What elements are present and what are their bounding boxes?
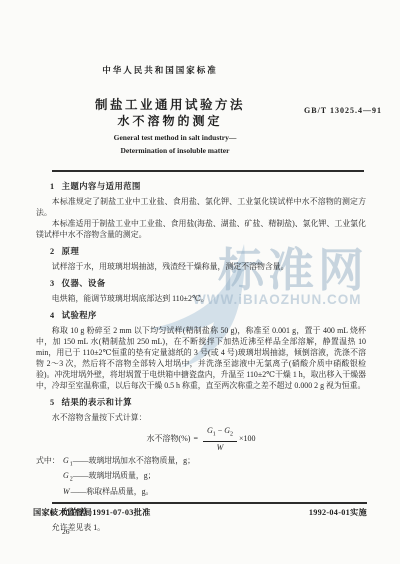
- section-number: 5: [50, 398, 55, 407]
- section-number: 1: [50, 182, 55, 191]
- paragraph: 称取 10 g 粉碎至 2 mm 以下均匀试样(精制盐称 50 g)，称准至 0…: [36, 325, 366, 391]
- implementation-date: 1992-04-01实施: [309, 507, 367, 518]
- definition-text: W——称取样品质量，g。: [63, 486, 153, 502]
- paragraph: 本标准适用于制盐工业中工业盐、食用盐(海盐、湖盐、矿盐、精制盐)、氯化钾、工业氯…: [36, 218, 366, 240]
- section-title: 试验程序: [62, 311, 97, 320]
- title-block: 制盐工业通用试验方法 水不溶物的测定: [30, 97, 310, 129]
- definition-text: G2——玻璃坩埚质量，g；: [63, 470, 156, 486]
- section-calculation: 5结果的表示和计算 水不溶物含量按下式计算： 水不溶物(%) = G1 − G2…: [36, 397, 366, 501]
- formula-denominator: W: [203, 442, 237, 452]
- section-number: 4: [50, 311, 55, 320]
- definition-row: 式中： G1——玻璃坩埚加水不溶物质量，g；: [36, 455, 366, 471]
- definition-text: G1——玻璃坩埚加水不溶物质量，g；: [63, 455, 195, 471]
- paragraph: 水不溶物含量按下式计算：: [36, 412, 366, 423]
- subscript-2: 2: [230, 432, 233, 438]
- definition-row: G2——玻璃坩埚质量，g；: [36, 470, 366, 486]
- section-scope: 1主题内容与适用范围 本标准规定了制盐工业中工业盐、食用盐、氯化钾、工业氯化镁试…: [36, 181, 366, 240]
- footer-divider: [52, 502, 367, 504]
- formula-multiplier: ×100: [239, 433, 256, 444]
- definition-desc: ——称取样品质量，g。: [71, 487, 154, 496]
- definition-row: W——称取样品质量，g。: [36, 486, 366, 502]
- document-title-line2: 水不溶物的测定: [30, 113, 310, 129]
- where-label: 式中：: [36, 455, 63, 471]
- page-number: 26: [62, 527, 70, 536]
- section-heading: 3仪器、设备: [50, 278, 366, 289]
- section-heading: 1主题内容与适用范围: [50, 181, 366, 192]
- formula-fraction: G1 − G2 W: [203, 426, 237, 452]
- section-heading: 2原理: [50, 246, 366, 257]
- paragraph: 试样溶于水，用玻璃坩埚抽滤，残渣经干燥称量，测定不溶物含量。: [36, 261, 366, 272]
- calculation-formula: 水不溶物(%) = G1 − G2 W ×100: [36, 426, 366, 452]
- section-title: 结果的表示和计算: [62, 398, 132, 407]
- section-procedure: 4试验程序 称取 10 g 粉碎至 2 mm 以下均匀试样(精制盐称 50 g)…: [36, 310, 366, 391]
- document-title-line1: 制盐工业通用试验方法: [30, 97, 310, 113]
- symbol-definitions: 式中： G1——玻璃坩埚加水不溶物质量，g； G2——玻璃坩埚质量，g； W——…: [36, 455, 366, 502]
- symbol: W: [63, 487, 70, 496]
- section-number: 2: [50, 247, 55, 256]
- section-title: 主题内容与适用范围: [62, 182, 141, 191]
- english-title-line1: General test method in salt industry—: [30, 131, 320, 144]
- definition-desc: ——玻璃坩埚质量，g；: [73, 471, 156, 480]
- formula-equals: =: [193, 433, 198, 444]
- symbol-w: W: [217, 443, 224, 452]
- english-title-block: General test method in salt industry— De…: [30, 131, 320, 157]
- section-principle: 2原理 试样溶于水，用玻璃坩埚抽滤，残渣经干燥称量，测定不溶物含量。: [36, 246, 366, 272]
- formula-lhs: 水不溶物(%): [146, 433, 190, 444]
- symbol: G: [63, 471, 69, 480]
- section-heading: 5结果的表示和计算: [50, 397, 366, 408]
- section-title: 原理: [62, 247, 80, 256]
- subscript-1: 1: [213, 432, 216, 438]
- section-number: 3: [50, 279, 55, 288]
- national-standard-label: 中华人民共和国国家标准: [30, 64, 290, 76]
- paragraph: 允许差见表 1。: [36, 522, 366, 533]
- section-title: 仪器、设备: [62, 279, 106, 288]
- standard-document-page: 标准网 WWW.iBIAOZHUN.COM 中华人民共和国国家标准 制盐工业通用…: [0, 0, 400, 564]
- symbol: G: [63, 456, 69, 465]
- section-apparatus: 3仪器、设备 电烘箱，能调节玻璃坩埚底部达到 110±2℃。: [36, 278, 366, 304]
- definition-desc: ——玻璃坩埚加水不溶物质量，g；: [73, 456, 195, 465]
- standard-number: GB/T 13025.4—91: [304, 106, 382, 115]
- document-body: 1主题内容与适用范围 本标准规定了制盐工业中工业盐、食用盐、氯化钾、工业氯化镁试…: [36, 181, 366, 539]
- formula-numerator: G1 − G2: [203, 426, 237, 442]
- section-heading: 4试验程序: [50, 310, 366, 321]
- content-layer: 中华人民共和国国家标准 制盐工业通用试验方法 水不溶物的测定 GB/T 1302…: [0, 0, 400, 564]
- paragraph: 电烘箱，能调节玻璃坩埚底部达到 110±2℃。: [36, 293, 366, 304]
- footer: 国家技术监督局1991-07-03批准 1992-04-01实施: [33, 507, 367, 518]
- paragraph: 本标准规定了制盐工业中工业盐、食用盐、氯化钾、工业氯化镁试样中水不溶物的测定方法…: [36, 196, 366, 218]
- minus-sign: −: [218, 426, 223, 435]
- english-title-line2: Determination of insoluble matter: [30, 144, 320, 157]
- header-divider: [52, 170, 364, 172]
- approval-authority-date: 国家技术监督局1991-07-03批准: [33, 507, 151, 518]
